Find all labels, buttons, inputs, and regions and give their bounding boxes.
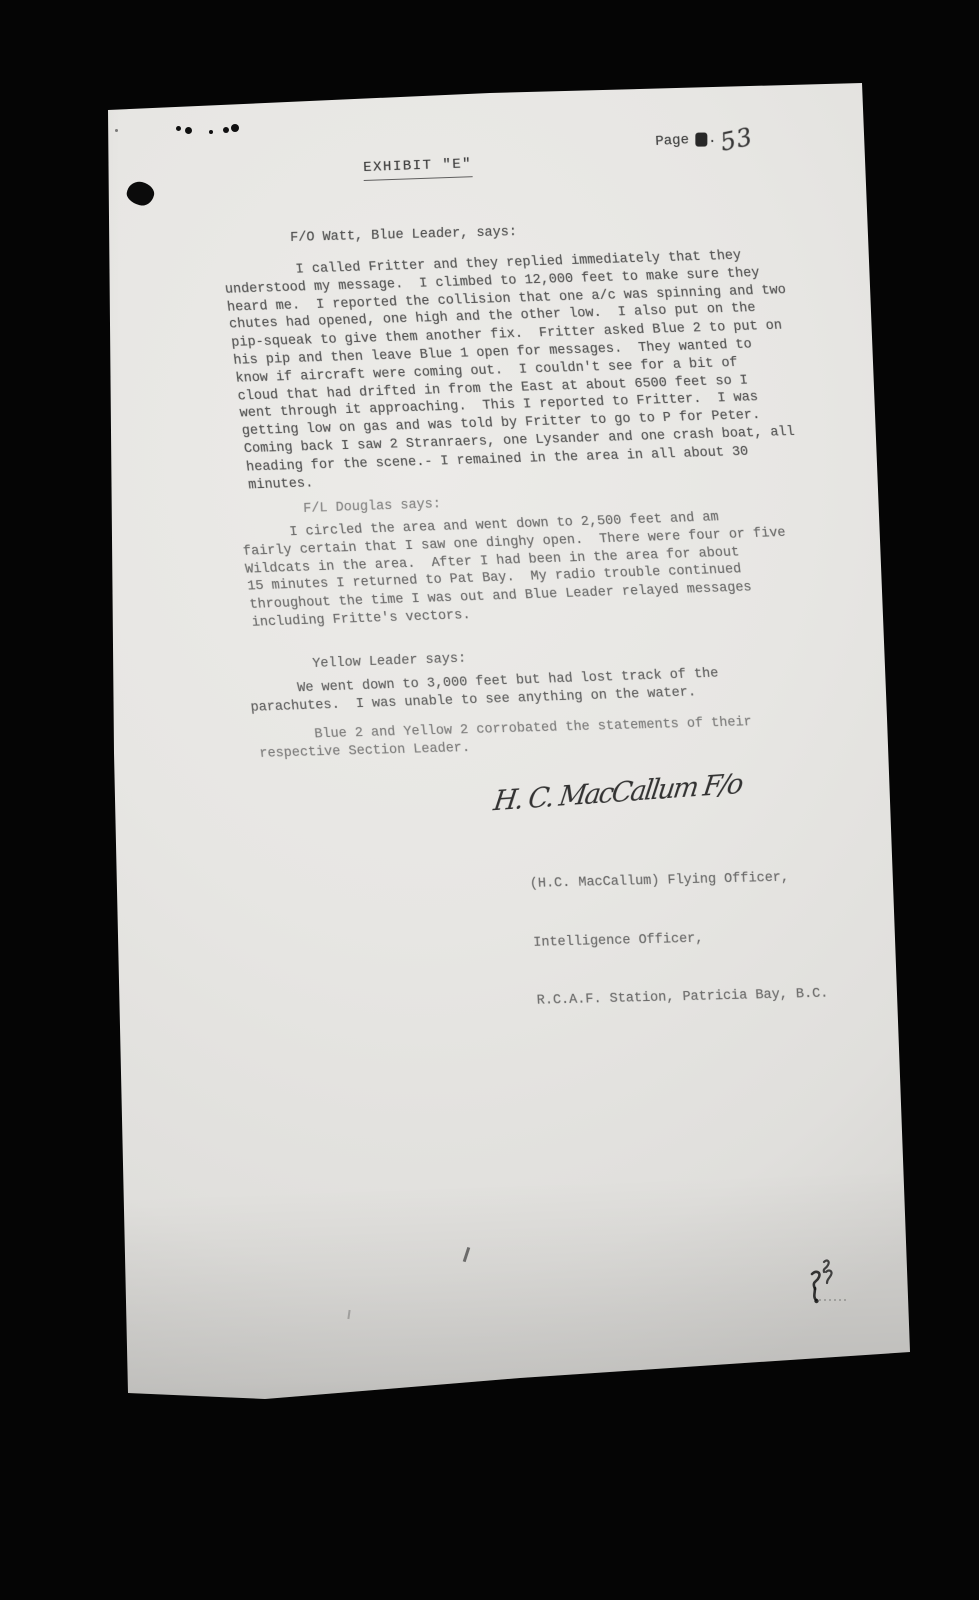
handwritten-signature: H. C. MacCallum F/o — [492, 769, 744, 818]
pen-tick — [347, 1310, 350, 1319]
closing-paragraph: Blue 2 and Yellow 2 corrobated the state… — [257, 712, 825, 763]
scribble-mark — [803, 1258, 853, 1313]
ink-speck — [231, 124, 239, 132]
ink-speck — [185, 127, 192, 134]
section-body-douglas: I circled the area and went down to 2,50… — [240, 506, 838, 633]
signature-role-line: Intelligence Officer, — [533, 926, 826, 953]
page-separator: . — [708, 131, 717, 149]
exhibit-title: EXHIBIT "E" — [363, 156, 473, 181]
signature-block: (H.C. MacCallum) Flying Officer, Intelli… — [527, 829, 831, 1050]
section-body-watt: I called Fritter and they replied immedi… — [222, 245, 849, 494]
section-heading-douglas: F/L Douglas says: — [303, 496, 441, 519]
page-number-line: Page . 53 — [655, 129, 753, 154]
document-content: Page . 53 EXHIBIT "E" F/O Watt, Blue Lea… — [0, 0, 979, 1600]
ink-speck — [115, 129, 118, 132]
ink-speck — [223, 127, 229, 133]
section-heading-yellow: Yellow Leader says: — [312, 651, 466, 674]
scanned-document-photo: Page . 53 EXHIBIT "E" F/O Watt, Blue Lea… — [0, 0, 979, 1600]
section-heading-watt: F/O Watt, Blue Leader, says: — [290, 224, 517, 248]
scribble-stroke — [803, 1258, 853, 1308]
ink-blob — [125, 179, 157, 208]
signature-station-line: R.C.A.F. Station, Patricia Bay, B.C. — [536, 985, 829, 1012]
signature-name-line: (H.C. MacCallum) Flying Officer, — [529, 868, 822, 895]
ink-speck — [209, 130, 213, 134]
pen-tick — [463, 1247, 470, 1262]
ink-speck — [176, 126, 181, 131]
obscured-page-digit — [695, 133, 707, 147]
handwritten-page-number: 53 — [719, 127, 755, 153]
page-label: Page — [655, 132, 689, 152]
